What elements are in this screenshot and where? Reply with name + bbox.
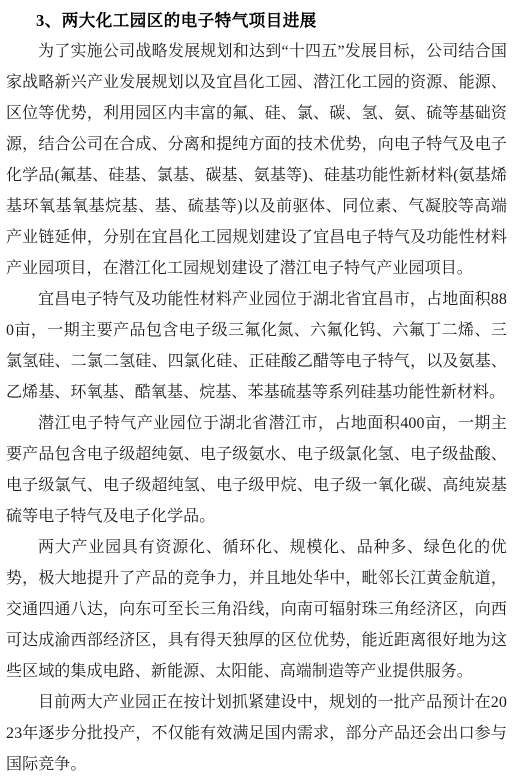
paragraph-construction-progress: 目前两大产业园正在按计划抓紧建设中，规划的一批产品预计在2023年逐步分批投产，… (6, 687, 507, 776)
paragraph-strategy-overview: 为了实施公司战略发展规划和达到“十四五”发展目标，公司结合国家战略新兴产业发展规… (6, 36, 507, 284)
section-heading: 3、两大化工园区的电子特气项目进展 (6, 6, 507, 36)
paragraph-location-advantages: 两大产业园具有资源化、循环化、规模化、品种多、绿色化的优势，极大地提升了产品的竞… (6, 532, 507, 687)
document-page: 3、两大化工园区的电子特气项目进展 为了实施公司战略发展规划和达到“十四五”发展… (0, 0, 513, 776)
paragraph-yichang-park: 宜昌电子特气及功能性材料产业园位于湖北省宜昌市，占地面积880亩，一期主要产品包… (6, 284, 507, 408)
paragraph-qianjiang-park: 潜江电子特气产业园位于湖北省潜江市，占地面积400亩，一期主要产品包含电子级超纯… (6, 408, 507, 532)
